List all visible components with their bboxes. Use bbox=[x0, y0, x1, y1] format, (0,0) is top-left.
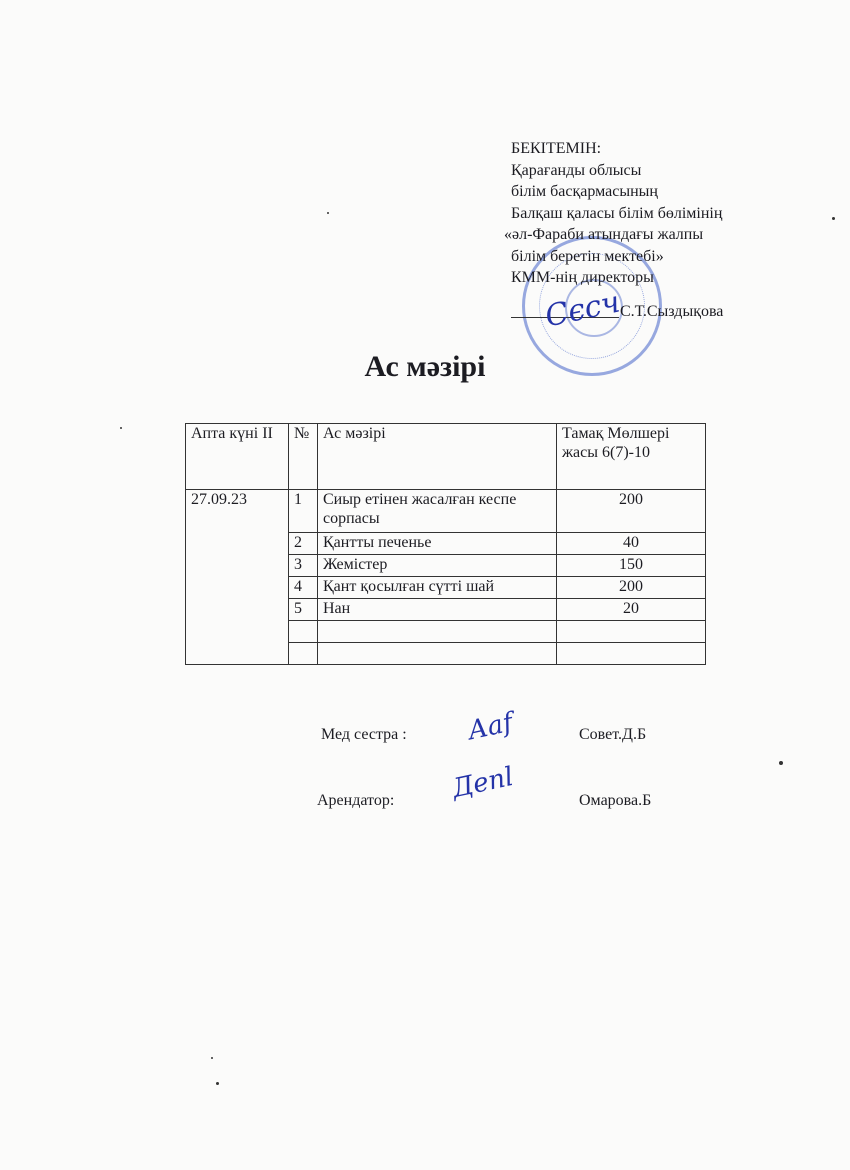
scan-speck bbox=[120, 427, 122, 429]
approval-block: БЕКІТЕМІН: Қарағанды облысы білім басқар… bbox=[511, 138, 722, 289]
tenant-signature: Деnl bbox=[450, 762, 516, 804]
row-number: 1 bbox=[289, 490, 318, 533]
tenant-label: Арендатор: bbox=[317, 792, 394, 810]
tenant-name: Омарова.Б bbox=[579, 792, 651, 810]
portion-value: 150 bbox=[557, 555, 706, 577]
approval-line: Балқаш қаласы білім бөлімінің bbox=[511, 203, 722, 225]
menu-table: Апта күні II № Ас мәзірі Тамақ Мөлшері ж… bbox=[185, 423, 706, 665]
dish-name: Сиыр етінен жасалған кеспе сорпасы bbox=[318, 490, 557, 533]
scan-speck bbox=[327, 212, 329, 214]
date-cell: 27.09.23 bbox=[186, 490, 289, 665]
nurse-label: Мед сестра : bbox=[321, 726, 407, 744]
portion-value: 20 bbox=[557, 599, 706, 621]
approval-line: білім беретін мектебі» bbox=[511, 246, 722, 268]
row-number: 4 bbox=[289, 577, 318, 599]
approval-line: Қарағанды облысы bbox=[511, 160, 722, 182]
nurse-name: Совет.Д.Б bbox=[579, 726, 646, 744]
header-menu: Ас мәзірі bbox=[318, 424, 557, 490]
dish-name: Қантты печенье bbox=[318, 533, 557, 555]
approval-line: «әл-Фараби атындағы жалпы bbox=[504, 224, 722, 246]
row-number: 2 bbox=[289, 533, 318, 555]
approval-line: БЕКІТЕМІН: bbox=[511, 138, 722, 160]
portion-value: 40 bbox=[557, 533, 706, 555]
dish-name: Жемістер bbox=[318, 555, 557, 577]
row-number: 3 bbox=[289, 555, 318, 577]
nurse-signature: Ааf bbox=[465, 708, 515, 747]
scan-speck bbox=[832, 217, 835, 220]
director-name: С.Т.Сыздықова bbox=[620, 303, 723, 321]
portion-value: 200 bbox=[557, 490, 706, 533]
table-row: 27.09.23 1 Сиыр етінен жасалған кеспе со… bbox=[186, 490, 706, 533]
table-header-row: Апта күні II № Ас мәзірі Тамақ Мөлшері ж… bbox=[186, 424, 706, 490]
scan-speck bbox=[216, 1082, 219, 1085]
row-number: 5 bbox=[289, 599, 318, 621]
header-day: Апта күні II bbox=[186, 424, 289, 490]
dish-name: Нан bbox=[318, 599, 557, 621]
scan-speck bbox=[779, 761, 783, 765]
header-number: № bbox=[289, 424, 318, 490]
scan-speck bbox=[211, 1057, 213, 1059]
approval-line: КММ-нің директоры bbox=[511, 267, 722, 289]
header-portion: Тамақ Мөлшері жасы 6(7)-10 bbox=[557, 424, 706, 490]
page-title: Ас мәзірі bbox=[0, 350, 850, 384]
dish-name: Қант қосылған сүтті шай bbox=[318, 577, 557, 599]
approval-line: білім басқармасының bbox=[511, 181, 722, 203]
portion-value: 200 bbox=[557, 577, 706, 599]
